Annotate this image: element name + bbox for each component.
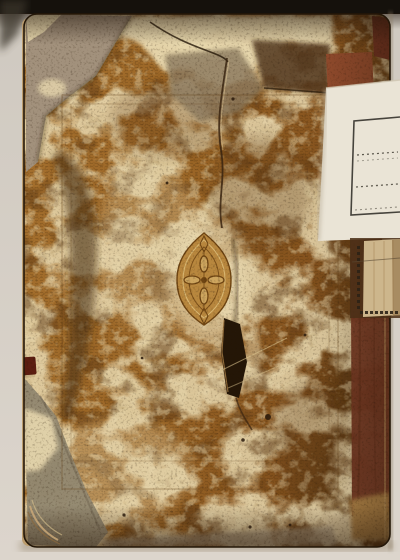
- photo-of-book-cover: [0, 0, 400, 560]
- stamp-fragment: [350, 238, 400, 318]
- book-cover-scene: [0, 0, 400, 560]
- label-paper: [318, 80, 400, 241]
- table-shadow-top: [0, 0, 400, 14]
- bookplate-label: [318, 80, 400, 244]
